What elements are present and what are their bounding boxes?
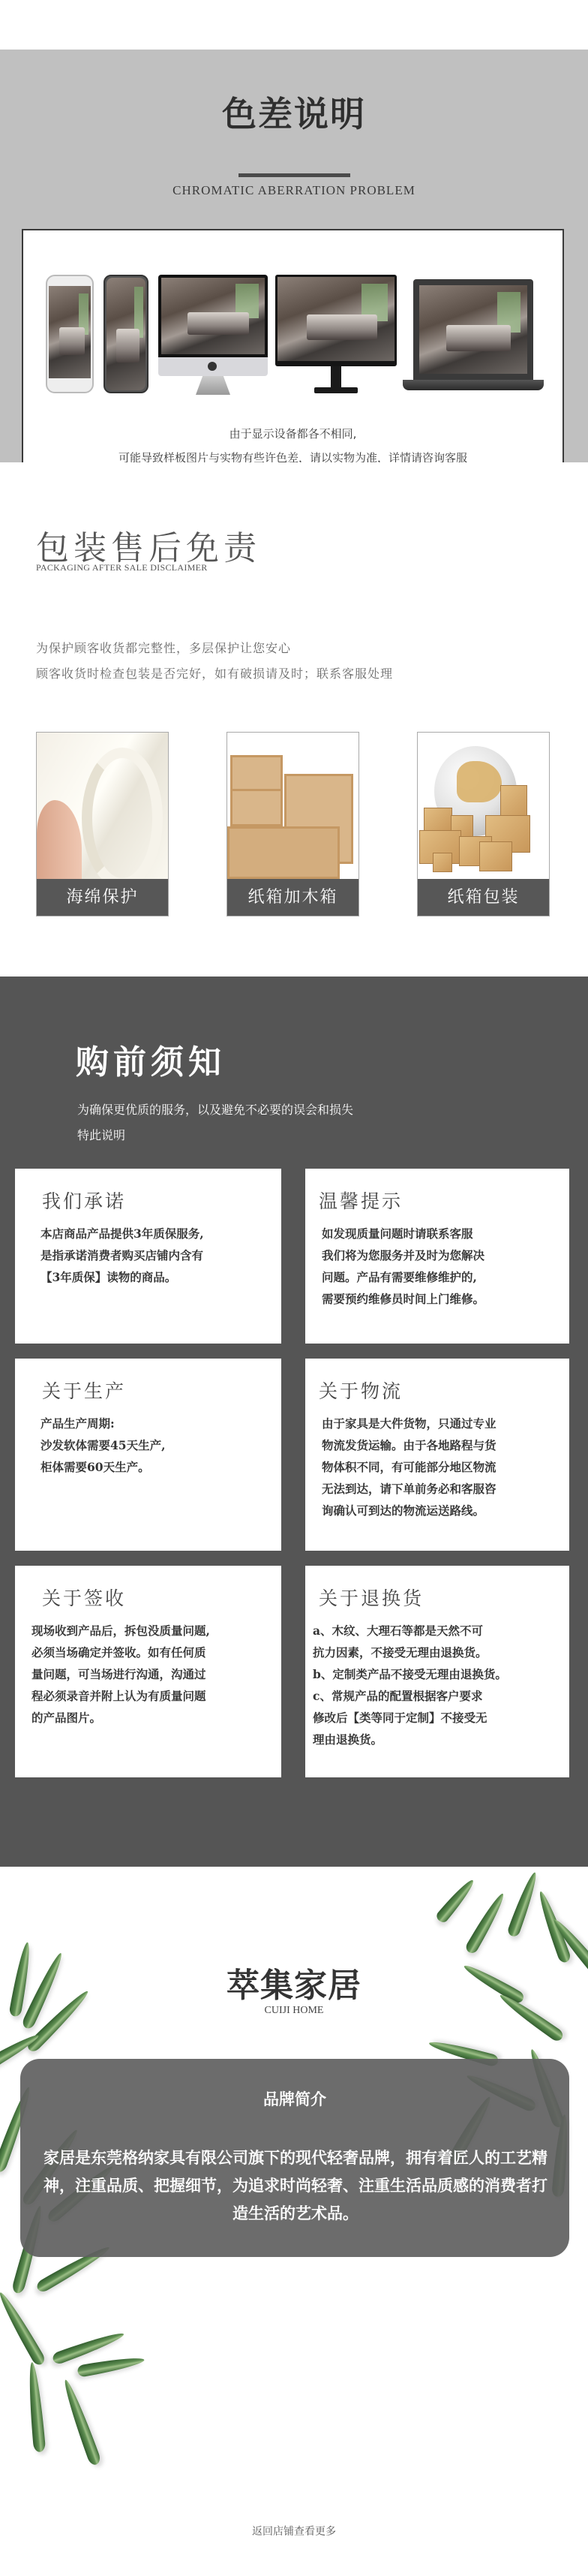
section-subtitle: CHROMATIC ABERRATION PROBLEM	[0, 183, 588, 198]
packaging-card-label: 纸箱加木箱	[227, 879, 358, 916]
note-card-body: 本店商品产品提供3年质保服务, 是指承诺消费者购买店铺内含有 【3年质保】读物的…	[40, 1223, 273, 1288]
note-card-title: 关于物流	[319, 1377, 403, 1404]
note-card-title: 温馨提示	[319, 1187, 403, 1214]
section-title: 色差说明	[0, 87, 588, 137]
note-card-promise: 我们承诺 本店商品产品提供3年质保服务, 是指承诺消费者购买店铺内含有 【3年质…	[15, 1169, 281, 1344]
bedroom-photo	[277, 277, 394, 361]
packaging-desc-2: 顾客收货时检查包装是否完好，如有破损请及时；联系客服处理	[36, 664, 393, 682]
title-underline	[238, 173, 350, 177]
brand-section: 萃集家居 CUIJI HOME 品牌简介 家居是东莞格纳家具有限公司旗下的现代轻…	[0, 1867, 588, 2576]
brand-name: 萃集家居	[0, 1958, 588, 2006]
monitor-icon	[275, 275, 397, 395]
iphone-icon	[103, 275, 148, 393]
packaging-card-label: 纸箱包装	[418, 879, 549, 916]
imac-icon	[158, 275, 268, 395]
wooden-crates-image	[227, 733, 358, 880]
notes-intro-line-1: 为确保更优质的服务，以及避免不必要的误会和损失	[77, 1100, 353, 1118]
laptop-icon	[403, 279, 544, 396]
android-phone-icon	[46, 275, 94, 393]
note-card-signing: 关于签收 现场收到产品后，拆包没质量问题, 必须当场确定并签收。如有任何质 量问…	[15, 1566, 281, 1777]
note-card-title: 关于签收	[42, 1584, 126, 1611]
color-note-line-1: 由于显示设备都各不相同,	[23, 426, 562, 441]
note-card-title: 关于退换货	[319, 1584, 424, 1611]
bedroom-photo	[106, 278, 145, 390]
note-card-body: a、木纹、大理石等都是天然不可 抗力因素，不接受无理由退换货。 b、定制类产品不…	[313, 1620, 568, 1750]
brand-intro-box: 品牌简介 家居是东莞格纳家具有限公司旗下的现代轻奢品牌，拥有着匠人的工艺精神，注…	[20, 2059, 569, 2257]
note-card-body: 如发现质量问题时请联系客服 我们将为您服务并及时为您解决 问题。产品有需要维修维…	[322, 1223, 565, 1310]
note-card-body: 由于家具是大件货物，只通过专业 物流发货运输。由于各地路程与货 物体积不同，有可…	[322, 1413, 565, 1521]
apple-logo-icon	[208, 362, 217, 371]
packaging-card-label: 海绵保护	[37, 879, 168, 916]
note-card-returns: 关于退换货 a、木纹、大理石等都是天然不可 抗力因素，不接受无理由退换货。 b、…	[305, 1566, 569, 1777]
globe-cartons-image	[418, 733, 549, 880]
note-card-tips: 温馨提示 如发现质量问题时请联系客服 我们将为您服务并及时为您解决 问题。产品有…	[305, 1169, 569, 1344]
chromatic-aberration-section: 色差说明 CHROMATIC ABERRATION PROBLEM	[0, 50, 588, 462]
note-card-body: 产品生产周期: 沙发软体需要45天生产, 柜体需要60天生产。	[40, 1413, 273, 1478]
bedroom-photo	[419, 285, 527, 374]
device-lineup	[46, 273, 544, 397]
section-title: 购前须知	[76, 1035, 226, 1083]
packaging-card-crate: 纸箱加木箱	[226, 732, 359, 916]
brand-intro-title: 品牌简介	[20, 2087, 569, 2110]
bedroom-photo	[49, 286, 91, 378]
note-card-title: 我们承诺	[42, 1187, 126, 1214]
purchase-notes-section: 购前须知 为确保更优质的服务，以及避免不必要的误会和损失 特此说明 我们承诺 本…	[0, 977, 588, 1867]
note-card-production: 关于生产 产品生产周期: 沙发软体需要45天生产, 柜体需要60天生产。	[15, 1359, 281, 1551]
note-card-title: 关于生产	[42, 1377, 126, 1404]
note-card-logistics: 关于物流 由于家具是大件货物，只通过专业 物流发货运输。由于各地路程与货 物体积…	[305, 1359, 569, 1551]
packaging-section: 包装售后免责 PACKAGING AFTER SALE DISCLAIMER 为…	[0, 462, 588, 958]
note-card-body: 现场收到产品后，拆包没质量问题, 必须当场确定并签收。如有任何质 量问题，可当场…	[31, 1620, 279, 1729]
notes-intro-line-2: 特此说明	[77, 1126, 125, 1143]
brand-intro-body: 家居是东莞格纳家具有限公司旗下的现代轻奢品牌，拥有着匠人的工艺精神，注重品质、把…	[37, 2144, 554, 2227]
packaging-card-carton: 纸箱包装	[417, 732, 550, 916]
back-to-store-link[interactable]: 返回店铺查看更多	[0, 2523, 588, 2538]
packaging-desc-1: 为保护顾客收货都完整性，多层保护让您安心	[36, 639, 291, 656]
section-subtitle: PACKAGING AFTER SALE DISCLAIMER	[36, 562, 208, 573]
foam-sponge-image	[37, 733, 168, 880]
brand-name-en: CUIJI HOME	[0, 2005, 588, 2017]
bedroom-photo	[161, 278, 265, 354]
packaging-card-sponge: 海绵保护	[36, 732, 169, 916]
